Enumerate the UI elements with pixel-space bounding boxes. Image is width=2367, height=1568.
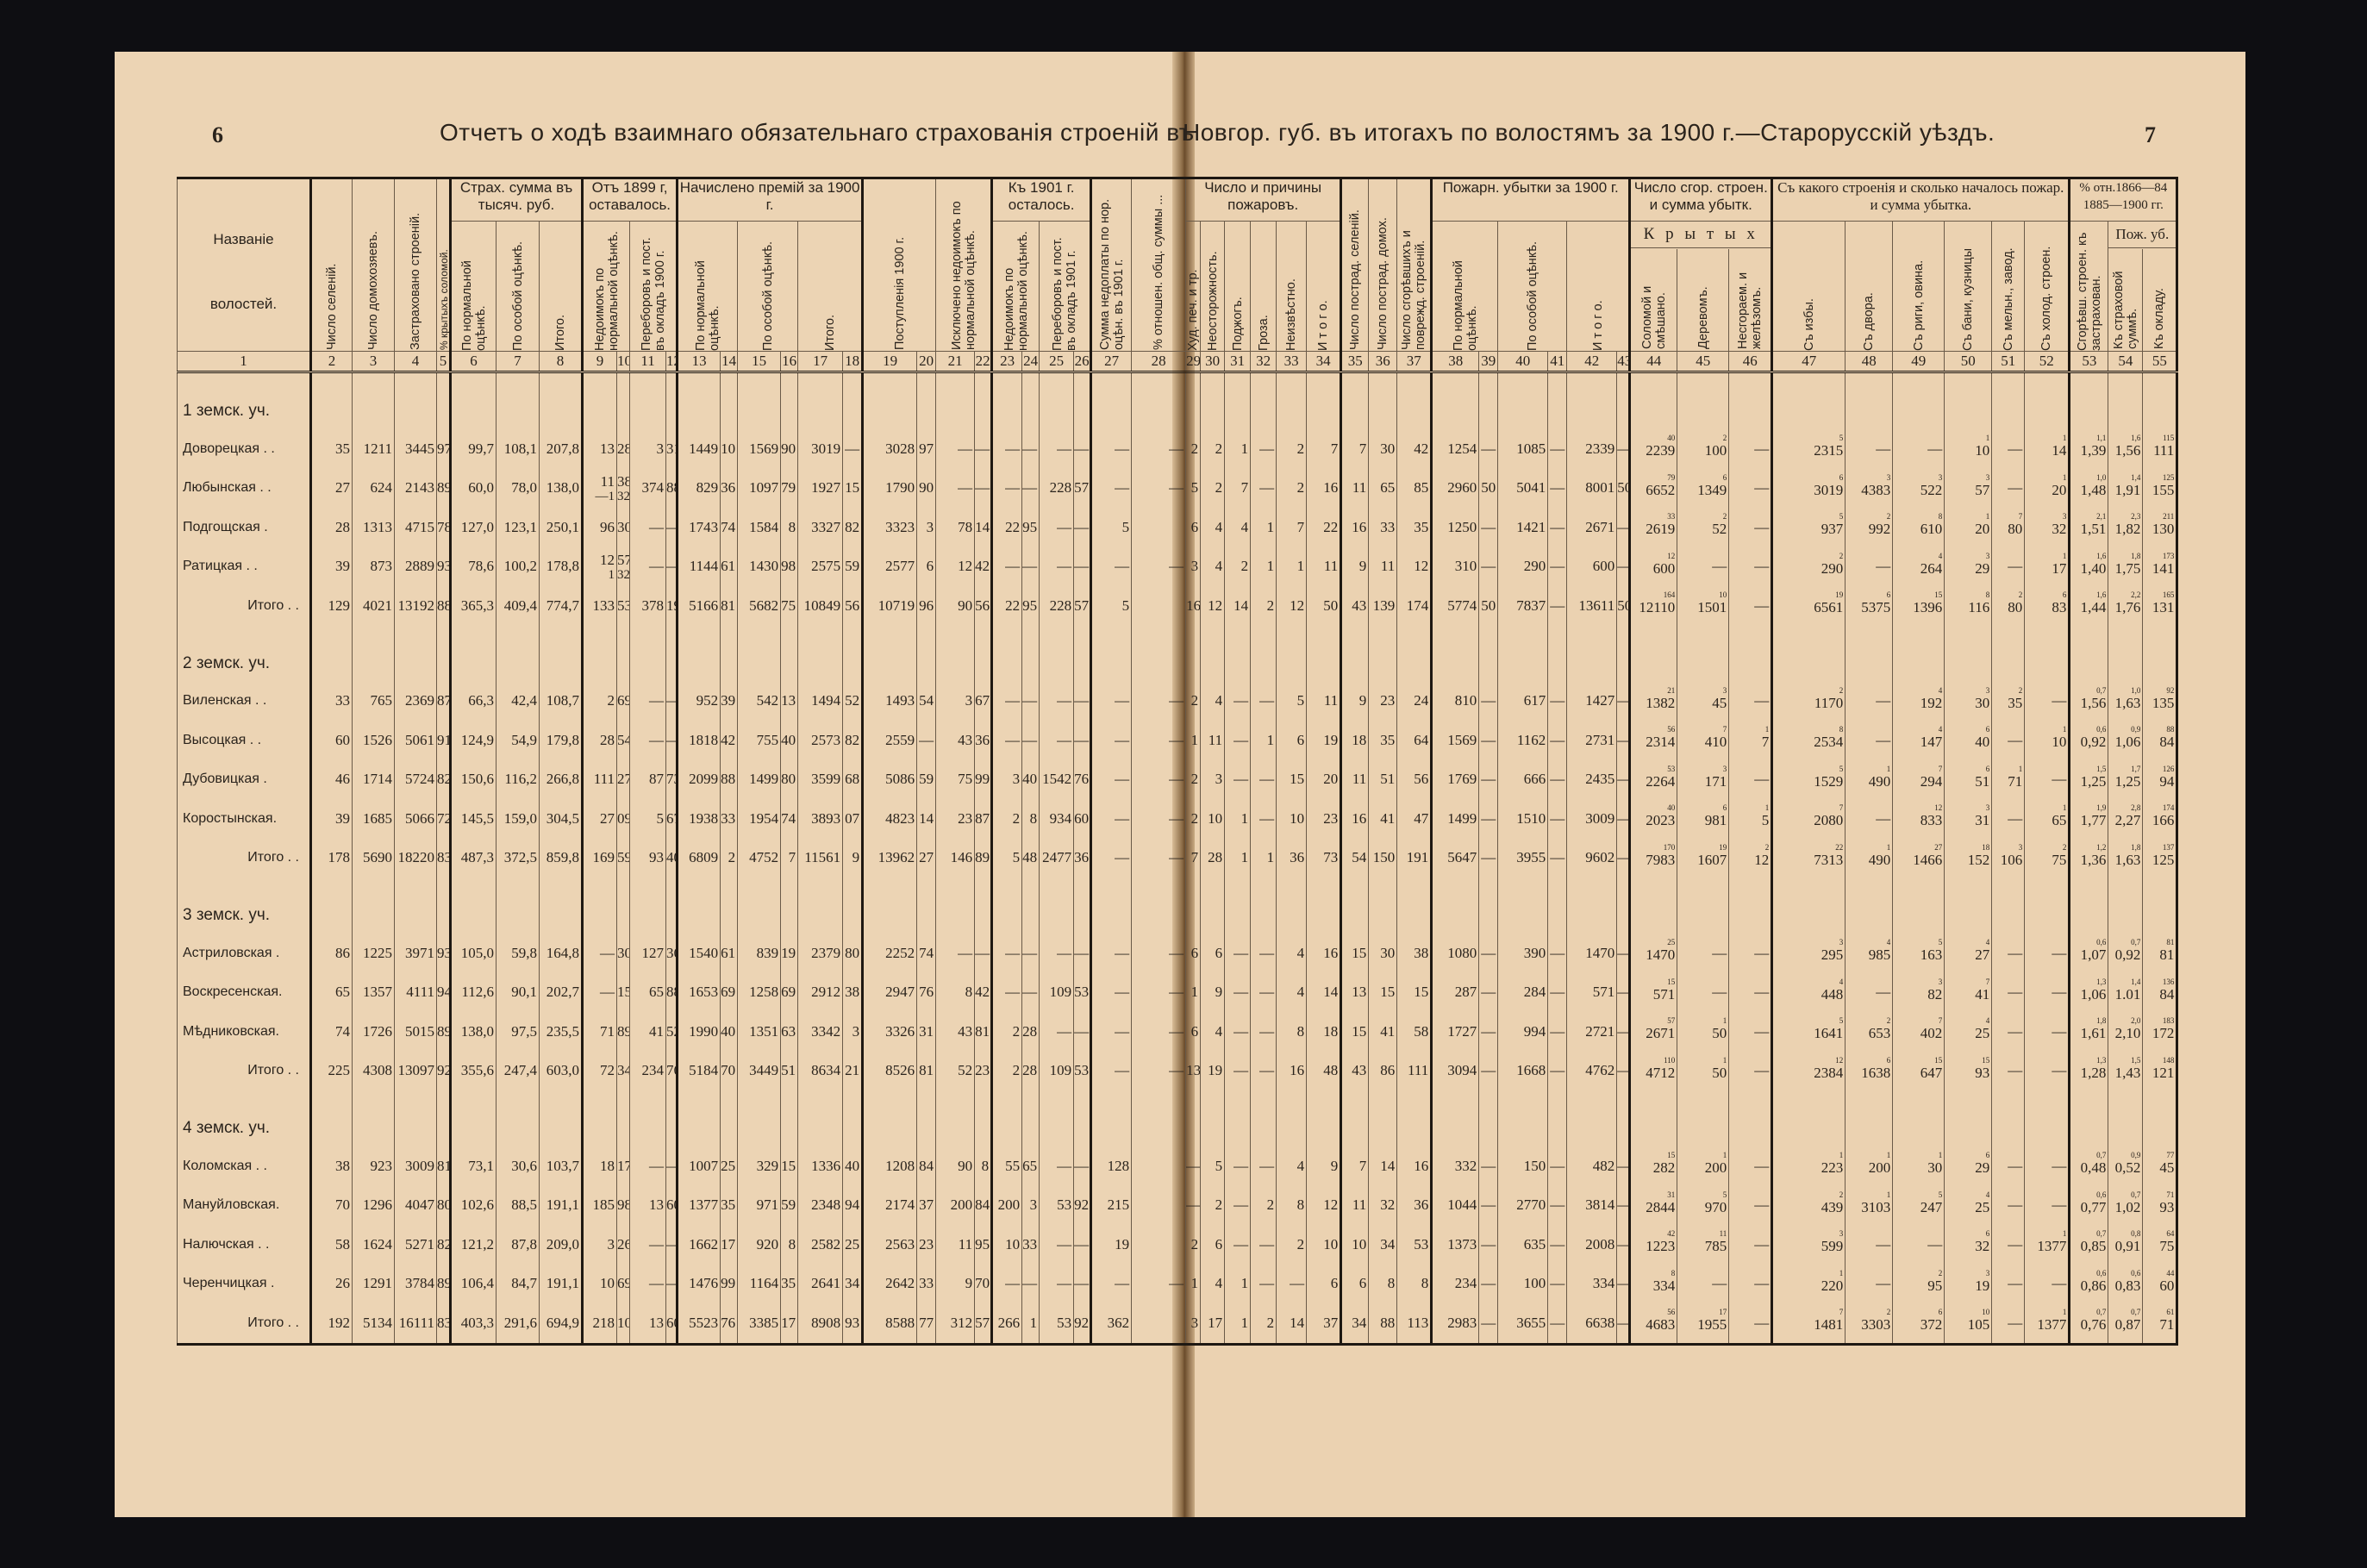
cell-col-3: 1624: [353, 1225, 395, 1265]
empty-cell: [1225, 878, 1251, 934]
page-number-left: 6: [212, 122, 223, 148]
superscript-count: 1: [1677, 1017, 1727, 1025]
cell-col-52: 120: [2025, 469, 2070, 509]
header-c9: Недоимокъ по нормальной оцѣнкѣ.: [583, 222, 630, 352]
cell-col-9: 10: [583, 1265, 617, 1304]
empty-cell: [1992, 626, 2025, 682]
cell-col-18: —: [843, 429, 863, 469]
cell-value: 94: [2159, 773, 2174, 790]
cell-value: 1529: [1814, 773, 1843, 790]
cell-col-14: 61: [721, 547, 738, 587]
empty-cell: [975, 626, 992, 682]
superscript-count: 1,9: [2070, 804, 2106, 812]
cell-col-20: 33: [917, 1265, 936, 1304]
superscript-count: 77: [2143, 1152, 2174, 1159]
column-number: 34: [1307, 352, 1341, 372]
cell-col-19: 2559: [863, 721, 917, 760]
cell-col-50: 319: [1945, 1265, 1992, 1304]
superscript-count: 137: [2143, 844, 2174, 852]
empty-cell: [936, 372, 975, 430]
section-label: 1 земск. уч.: [178, 372, 311, 430]
cell-value: 2239: [1646, 442, 1675, 459]
cell-col-34: 9: [1307, 1146, 1341, 1186]
empty-cell: [1369, 1090, 1397, 1146]
cell-col-27: —: [1091, 760, 1132, 800]
header-c51: Съ мельн., завод.: [1992, 222, 2025, 352]
cell-col-30: 28: [1201, 839, 1225, 878]
cell-value: 2384: [1814, 1065, 1843, 1081]
cell-value: 599: [1821, 1238, 1844, 1254]
cell-col-34: 10: [1307, 1225, 1341, 1265]
cell-value: 1470: [1646, 946, 1675, 963]
cell-col-22: 57: [975, 1303, 992, 1344]
cell-col-10: 69: [617, 1265, 630, 1304]
superscript-count: 3: [1945, 474, 1989, 482]
superscript-count: 12: [1893, 804, 1942, 812]
superscript-count: 5: [1677, 1191, 1727, 1199]
cell-value: 5375: [1861, 599, 1890, 615]
cell-col-33: 7: [1277, 508, 1307, 547]
cell-col-54: 0,91,06: [2108, 721, 2143, 760]
column-number: 42: [1567, 352, 1617, 372]
cell-col-51: —: [1992, 1146, 2025, 1186]
empty-cell: [311, 878, 353, 934]
cell-col-25: —: [1040, 934, 1074, 973]
header-c6-text: По нормальной оцѣнкѣ.: [460, 222, 488, 351]
cell-value: 1466: [1913, 852, 1942, 868]
table-row: Мѣдниковская.741726501589138,097,5235,57…: [178, 1012, 2177, 1052]
cell-col-47: 63019: [1772, 469, 1846, 509]
cell-col-6: 150,6: [451, 760, 497, 800]
cell-col-37: 113: [1397, 1303, 1432, 1344]
cell-col-19: 8588: [863, 1303, 917, 1344]
superscript-count: 1: [2025, 553, 2066, 560]
superscript-count: 1,6: [2108, 434, 2140, 442]
header-c23: Недоимокъ по нормальной оцѣнкѣ.: [992, 222, 1040, 352]
cell-col-40: 3955: [1498, 839, 1548, 878]
cell-col-34: 11: [1307, 682, 1341, 722]
cell-col-50: 18152: [1945, 839, 1992, 878]
cell-col-26: —: [1074, 1012, 1091, 1052]
cell-value: 3103: [1861, 1199, 1890, 1215]
superscript-count: 42: [1631, 1230, 1675, 1238]
empty-cell: [1132, 1090, 1186, 1146]
cell-col-30: 4: [1201, 682, 1225, 722]
cell-col-24: 95: [1022, 508, 1040, 547]
cell-col-5: 72: [437, 799, 451, 839]
empty-cell: [1022, 878, 1040, 934]
cell-col-24: 28: [1022, 1052, 1040, 1091]
cell-value: 0,48: [2081, 1159, 2107, 1176]
empty-cell: [1201, 626, 1225, 682]
cell-col-35: 11: [1341, 760, 1369, 800]
cell-col-54: 2,02,10: [2108, 1012, 2143, 1052]
cell-col-7: 100,2: [497, 547, 540, 587]
cell-col-55: 4460: [2143, 1265, 2177, 1304]
superscript-count: 0,7: [2070, 687, 2106, 695]
column-number: 26: [1074, 352, 1091, 372]
cell-col-26: 76: [1074, 760, 1091, 800]
superscript-count: 1,1: [2070, 434, 2106, 442]
cell-col-20: 23: [917, 1225, 936, 1265]
cell-col-13: 1144: [678, 547, 721, 587]
cell-col-19: 4823: [863, 799, 917, 839]
cell-col-15: 839: [738, 934, 781, 973]
cell-col-45: 191607: [1677, 839, 1729, 878]
empty-cell: [437, 372, 451, 430]
cell-col-12: —: [666, 508, 678, 547]
header-c28-text: % отношен. общ. суммы ...: [1152, 181, 1165, 350]
empty-cell: [936, 626, 975, 682]
cell-col-3: 1291: [353, 1265, 395, 1304]
superscript-count: 4: [1945, 939, 1989, 946]
cell-col-21: 43: [936, 721, 975, 760]
header-c35-text: Число пострад. селеній.: [1348, 181, 1362, 350]
empty-cell: [1040, 878, 1074, 934]
cell-col-40: 1421: [1498, 508, 1548, 547]
cell-col-20: 59: [917, 760, 936, 800]
cell-col-31: 7: [1225, 469, 1251, 509]
cell-col-42: 8001: [1567, 469, 1617, 509]
cell-col-17: 3327: [798, 508, 843, 547]
cell-col-44: 564683: [1630, 1303, 1677, 1344]
cell-col-38: 1044: [1432, 1186, 1479, 1226]
cell-col-7: 54,9: [497, 721, 540, 760]
column-number: 12: [666, 352, 678, 372]
cell-col-19: 13962: [863, 839, 917, 878]
empty-cell: [1772, 878, 1846, 934]
cell-col-47: 71481: [1772, 1303, 1846, 1344]
cell-col-52: —: [2025, 934, 2070, 973]
cell-col-19: 2563: [863, 1225, 917, 1265]
cell-col-23: —: [992, 469, 1022, 509]
header-c53: Сгорѣвш. строен. къ застрахован.: [2070, 222, 2108, 352]
cell-col-5: 80: [437, 1186, 451, 1226]
superscript-count: 136: [2143, 978, 2174, 986]
cell-col-18: 82: [843, 721, 863, 760]
header-group-prem: Начислено премій за 1900 г.: [678, 178, 863, 222]
superscript-count: 115: [2143, 434, 2174, 442]
cell-col-37: 12: [1397, 547, 1432, 587]
cell-col-50: 741: [1945, 973, 1992, 1013]
superscript-count: 125: [2143, 474, 2174, 482]
superscript-count: 7: [1677, 726, 1727, 734]
cell-col-38: 332: [1432, 1146, 1479, 1186]
cell-col-11: —: [630, 547, 666, 587]
empty-cell: [1945, 1090, 1992, 1146]
cell-col-36: 8: [1369, 1265, 1397, 1304]
cell-col-50: 8116: [1945, 586, 1992, 626]
cell-col-48: 61638: [1846, 1052, 1893, 1091]
cell-col-29: 2: [1186, 682, 1201, 722]
cell-col-33: 12: [1277, 586, 1307, 626]
cell-col-45: 11785: [1677, 1225, 1729, 1265]
empty-cell: [1397, 626, 1432, 682]
cell-col-50: 331: [1945, 799, 1992, 839]
column-number: 20: [917, 352, 936, 372]
cell-value: 1,25: [2115, 773, 2141, 790]
cell-col-34: 16: [1307, 934, 1341, 973]
table-row: Воскресенская.651357411194112,690,1202,7…: [178, 973, 2177, 1013]
cell-col-4: 2889: [395, 547, 437, 587]
cell-col-43: —: [1617, 1012, 1630, 1052]
cell-col-40: 284: [1498, 973, 1548, 1013]
cell-col-26: —: [1074, 429, 1091, 469]
empty-cell: [992, 878, 1022, 934]
cell-col-42: 6638: [1567, 1303, 1617, 1344]
superscript-count: 1: [2025, 804, 2066, 812]
cell-col-15: 1584: [738, 508, 781, 547]
cell-col-35: 9: [1341, 682, 1369, 722]
cell-value: 19: [1975, 1278, 1989, 1294]
cell-col-39: —: [1479, 1265, 1498, 1304]
superscript-count: 126: [2143, 765, 2174, 773]
cell-col-42: 1470: [1567, 934, 1617, 973]
superscript-count: 10: [1677, 591, 1727, 599]
superscript-count: 4: [1893, 726, 1942, 734]
header-c55: Къ окладу.: [2143, 249, 2177, 352]
cell-col-39: —: [1479, 1225, 1498, 1265]
cell-col-18: 93: [843, 1303, 863, 1344]
empty-cell: [1201, 1090, 1225, 1146]
cell-value: 2671: [1646, 1025, 1675, 1041]
cell-col-14: 40: [721, 1012, 738, 1052]
cell-col-21: 43: [936, 1012, 975, 1052]
superscript-count: 11: [1677, 1230, 1727, 1238]
empty-cell: [617, 878, 630, 934]
cell-value: 20: [2052, 482, 2066, 498]
cell-col-7: 291,6: [497, 1303, 540, 1344]
section-header-row: 3 земск. уч.: [178, 878, 2177, 934]
cell-col-25: —: [1040, 1012, 1074, 1052]
header-c27-text: Сумма недоплаты по нор. оцѣн. въ 1901 г.: [1098, 181, 1126, 350]
cell-col-21: 8: [936, 973, 975, 1013]
cell-col-15: 1569: [738, 429, 781, 469]
cell-col-27: 5: [1091, 508, 1132, 547]
cell-col-40: 617: [1498, 682, 1548, 722]
cell-col-39: —: [1479, 508, 1498, 547]
cell-value: 166: [2152, 812, 2175, 828]
cell-col-21: 90: [936, 1146, 975, 1186]
cell-col-10: 26: [617, 1225, 630, 1265]
header-group-1901: Къ 1901 г. осталось.: [992, 178, 1091, 222]
cell-value: 3303: [1861, 1316, 1890, 1333]
cell-col-33: 36: [1277, 839, 1307, 878]
cell-col-11: —: [630, 508, 666, 547]
cell-col-14: 35: [721, 1186, 738, 1226]
cell-col-27: —: [1091, 721, 1132, 760]
header-c44: Соломой и смѣшано.: [1630, 249, 1677, 352]
cell-col-52: —: [2025, 1052, 2070, 1091]
cell-col-18: 40: [843, 1146, 863, 1186]
cell-col-24: 65: [1022, 1146, 1040, 1186]
superscript-count: 4: [1773, 978, 1843, 986]
cell-col-5: 94: [437, 973, 451, 1013]
cell-col-46: —: [1729, 1225, 1772, 1265]
cell-value: 653: [1869, 1025, 1891, 1041]
empty-cell: [1022, 626, 1040, 682]
cell-col-7: 84,7: [497, 1265, 540, 1304]
cell-col-50: 120: [1945, 508, 1992, 547]
cell-col-5: 97: [437, 429, 451, 469]
cell-col-23: 22: [992, 586, 1022, 626]
header-c48: Съ двора.: [1846, 222, 1893, 352]
empty-cell: [1567, 1090, 1617, 1146]
cell-value: 0,77: [2081, 1199, 2107, 1215]
header-c50-text: Съ бани, кузницы: [1961, 222, 1975, 351]
cell-col-33: 10: [1277, 799, 1307, 839]
empty-cell: [437, 1090, 451, 1146]
cell-col-13: 952: [678, 682, 721, 722]
cell-col-44: 15282: [1630, 1146, 1677, 1186]
empty-cell: [863, 626, 917, 682]
cell-col-14: 42: [721, 721, 738, 760]
table-row: Налючская . .581624527182121,287,8209,03…: [178, 1225, 2177, 1265]
cell-col-8: 202,7: [540, 973, 583, 1013]
cell-col-5: 78: [437, 508, 451, 547]
cell-value: 1,48: [2081, 482, 2107, 498]
cell-col-48: 2992: [1846, 508, 1893, 547]
cell-col-41: —: [1548, 721, 1567, 760]
superscript-count: 3: [1677, 765, 1727, 773]
cell-col-10: 15: [617, 973, 630, 1013]
cell-value: 83: [2052, 599, 2066, 615]
header-group-krytyh: К р ы т ы х ъ.: [1630, 222, 1772, 249]
cell-col-24: 48: [1022, 839, 1040, 878]
empty-cell: [630, 372, 666, 430]
header-c11: Переборовъ и пост. въ окладъ 1900 г.: [630, 222, 678, 352]
cell-col-4: 5061: [395, 721, 437, 760]
column-number: 16: [781, 352, 798, 372]
cell-value: 1349: [1697, 482, 1727, 498]
cell-col-14: 69: [721, 973, 738, 1013]
cell-col-10: 3832: [617, 469, 630, 509]
cell-value: 93: [2159, 1199, 2174, 1215]
empty-cell: [678, 626, 721, 682]
empty-cell: [975, 372, 992, 430]
empty-cell: [395, 878, 437, 934]
cell-col-16: 75: [781, 586, 798, 626]
cell-col-11: 374: [630, 469, 666, 509]
cell-col-10: 98: [617, 1186, 630, 1226]
cell-col-22: 87: [975, 799, 992, 839]
cell-col-12: 60: [666, 1186, 678, 1226]
superscript-count: 56: [1631, 726, 1675, 734]
cell-col-19: 1208: [863, 1146, 917, 1186]
cell-col-26: 57: [1074, 586, 1091, 626]
header-c3-text: Число домохозяевъ.: [366, 181, 380, 350]
cell-col-51: —: [1992, 973, 2025, 1013]
empty-cell: [1630, 1090, 1677, 1146]
cell-col-17: 8634: [798, 1052, 843, 1091]
cell-col-29: 6: [1186, 508, 1201, 547]
empty-cell: [2143, 878, 2177, 934]
cell-col-27: 362: [1091, 1303, 1132, 1344]
cell-col-40: 2770: [1498, 1186, 1548, 1226]
empty-cell: [1307, 372, 1341, 430]
cell-col-21: 12: [936, 547, 975, 587]
cell-col-13: 1743: [678, 508, 721, 547]
empty-cell: [1479, 372, 1498, 430]
cell-value: 1,51: [2081, 521, 2107, 537]
cell-col-12: 88: [666, 973, 678, 1013]
cell-col-53: 1,21,36: [2070, 839, 2108, 878]
cell-value: 0,91: [2115, 1238, 2141, 1254]
cell-col-35: 34: [1341, 1303, 1369, 1344]
cell-col-22: 42: [975, 547, 992, 587]
superscript-count: 6: [1893, 1309, 1942, 1316]
cell-col-13: 1449: [678, 429, 721, 469]
cell-col-46: —: [1729, 1146, 1772, 1186]
cell-col-9: 27: [583, 799, 617, 839]
superscript-count: 7: [1945, 978, 1989, 986]
cell-value: 1,28: [2081, 1065, 2107, 1081]
empty-cell: [721, 626, 738, 682]
cell-col-46: —: [1729, 586, 1772, 626]
column-number: 37: [1397, 352, 1432, 372]
cell-col-16: 59: [781, 1186, 798, 1226]
cell-value: 171: [1705, 773, 1727, 790]
empty-cell: [497, 1090, 540, 1146]
cell-col-25: —: [1040, 1146, 1074, 1186]
cell-col-6: 105,0: [451, 934, 497, 973]
cell-col-49: 3522: [1893, 469, 1945, 509]
cell-col-44: 251470: [1630, 934, 1677, 973]
cell-col-11: —: [630, 682, 666, 722]
cell-col-18: 15: [843, 469, 863, 509]
cell-col-15: 542: [738, 682, 781, 722]
cell-col-18: 56: [843, 586, 863, 626]
column-number: 36: [1369, 352, 1397, 372]
cell-col-50: 329: [1945, 547, 1992, 587]
cell-value: 141: [2152, 560, 2175, 577]
cell-col-54: 1,51,43: [2108, 1052, 2143, 1091]
header-c11-text: Переборовъ и пост. въ окладъ 1900 г.: [640, 222, 667, 351]
empty-cell: [1040, 372, 1074, 430]
cell-col-24: —: [1022, 469, 1040, 509]
cell-value: 937: [1821, 521, 1844, 537]
cell-col-29: 2: [1186, 429, 1201, 469]
cell-col-16: 90: [781, 429, 798, 469]
cell-value: 1377: [2037, 1316, 2066, 1333]
cell-col-24: 33: [1022, 1225, 1040, 1265]
cell-col-41: —: [1548, 760, 1567, 800]
empty-cell: [1945, 878, 1992, 934]
cell-col-50: 330: [1945, 682, 1992, 722]
superscript-count: 1,4: [2108, 978, 2140, 986]
cell-col-21: 312: [936, 1303, 975, 1344]
cell-col-31: —: [1225, 1012, 1251, 1052]
cell-col-21: —: [936, 469, 975, 509]
cell-col-45: 2100: [1677, 429, 1729, 469]
cell-col-51: 280: [1992, 586, 2025, 626]
cell-value: 1607: [1697, 852, 1727, 868]
cell-col-3: 5690: [353, 839, 395, 878]
empty-cell: [617, 626, 630, 682]
cell-col-22: 89: [975, 839, 992, 878]
cell-col-31: 1: [1225, 799, 1251, 839]
superscript-count: 6: [1945, 1152, 1989, 1159]
cell-value: 220: [1821, 1278, 1844, 1294]
cell-col-11: 127: [630, 934, 666, 973]
cell-col-20: 3: [917, 508, 936, 547]
empty-cell: [583, 372, 617, 430]
cell-col-54: 0,90,52: [2108, 1146, 2143, 1186]
cell-col-8: 138,0: [540, 469, 583, 509]
header-c21: Исключено недоимокъ по нормальной оцѣнкѣ…: [936, 178, 992, 352]
column-number-row: 1234567891011121314151617181920212223242…: [178, 352, 2177, 372]
cell-col-33: 2: [1277, 469, 1307, 509]
